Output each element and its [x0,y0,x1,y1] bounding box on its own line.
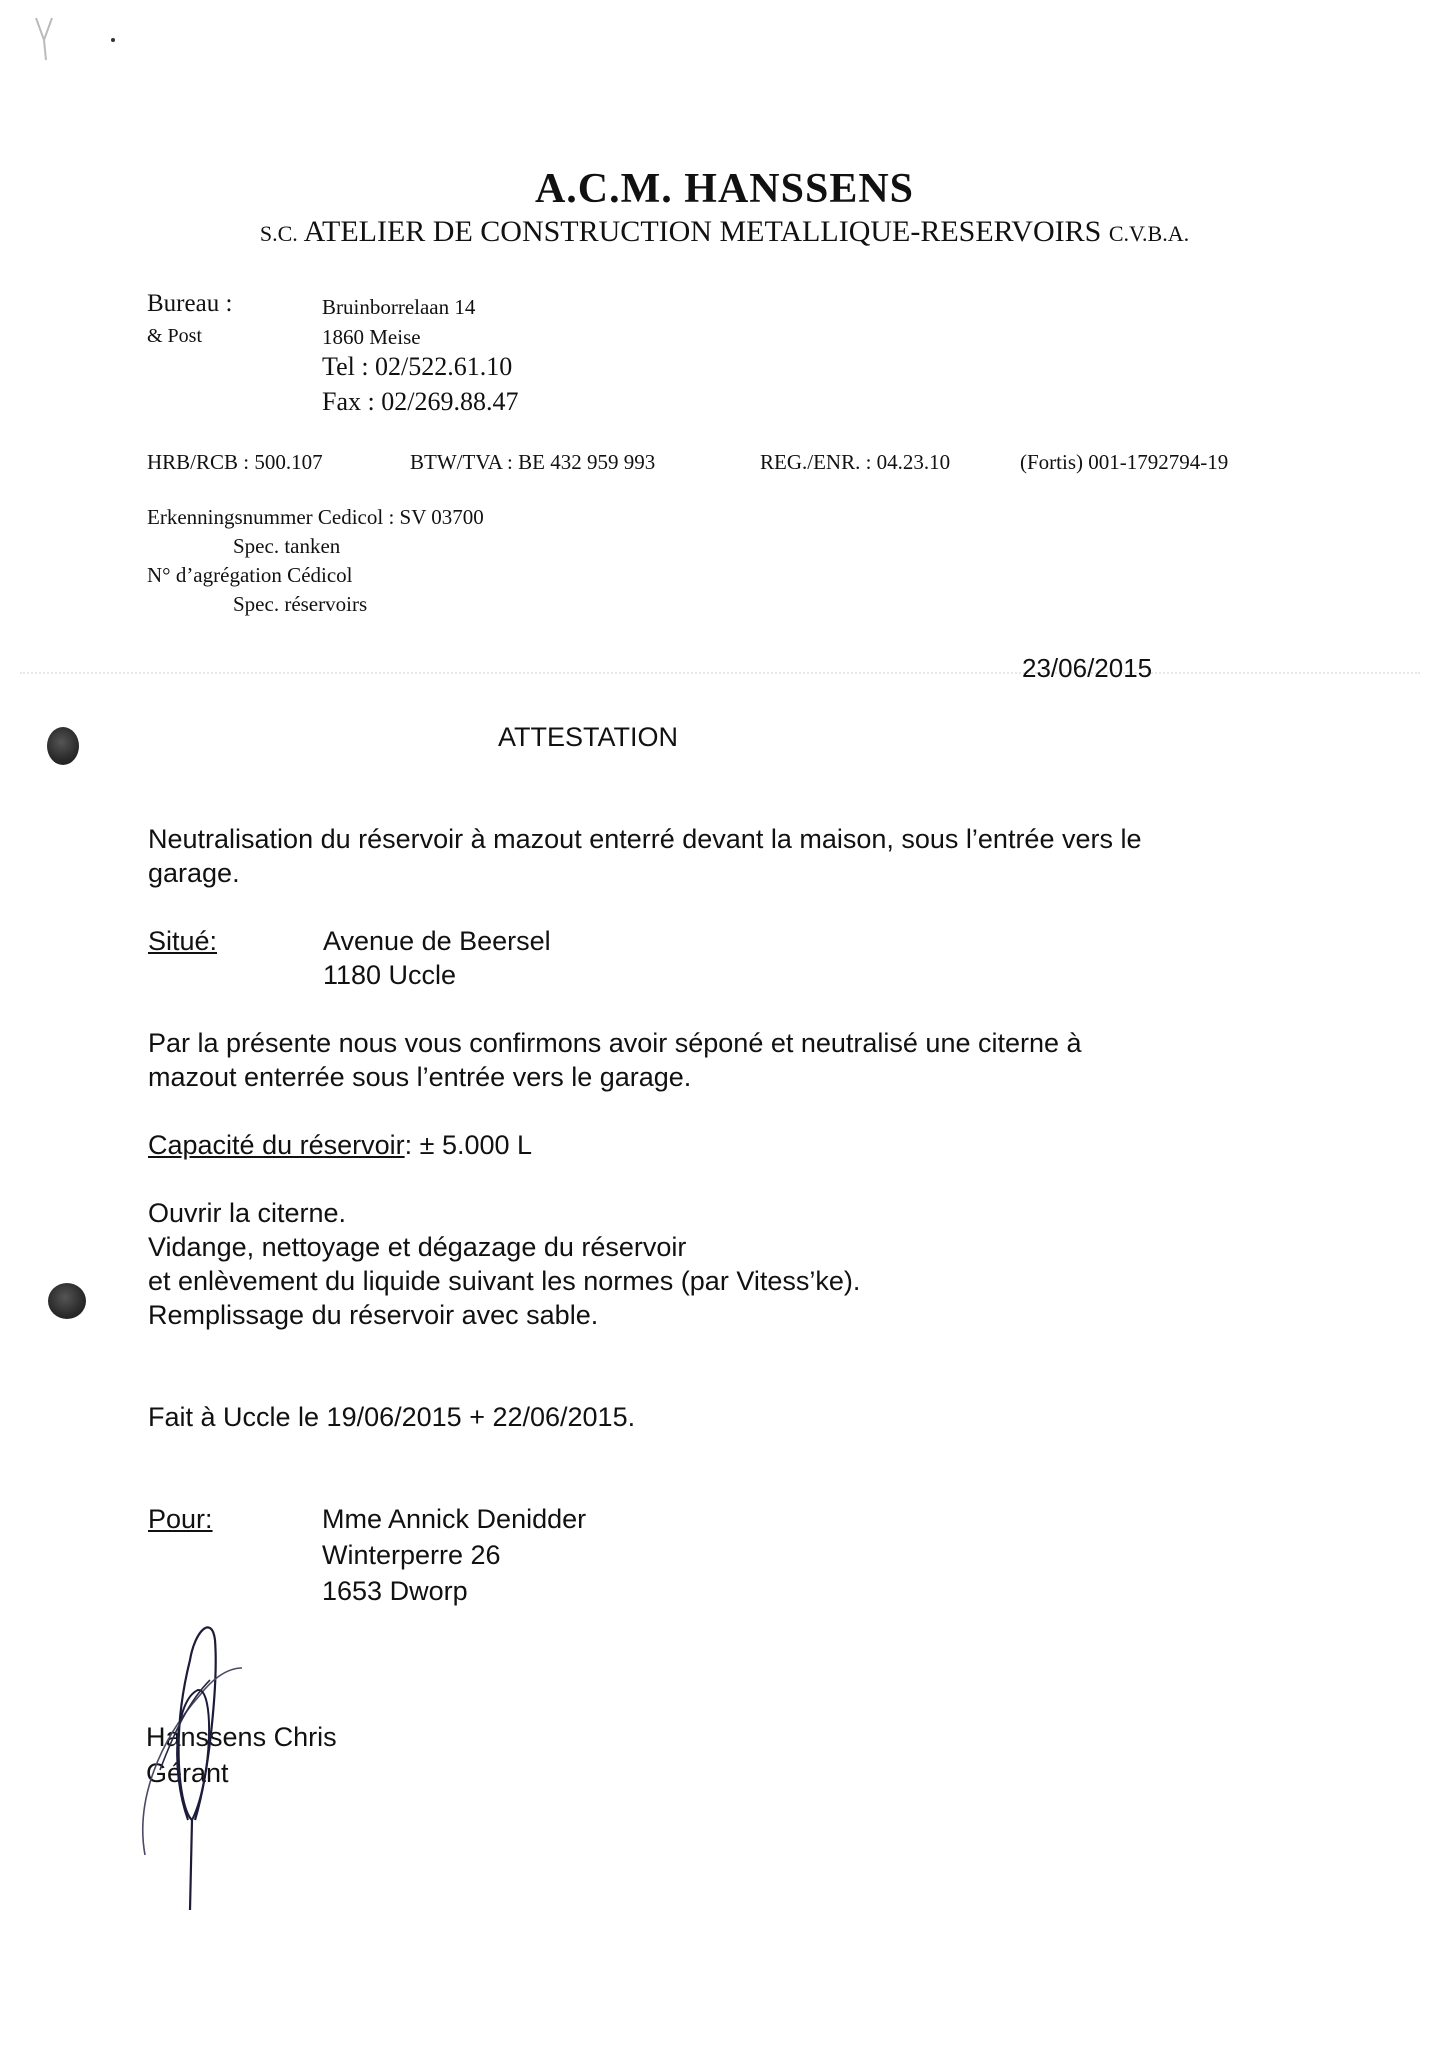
bureau-label: Bureau : [147,290,232,318]
bank-account: (Fortis) 001-1792794-19 [1020,450,1228,475]
cedicol-nl-spec: Spec. tanken [233,534,340,559]
recipient-city: 1653 Dworp [322,1576,468,1607]
company-subtitle: S.C. ATELIER DE CONSTRUCTION METALLIQUE-… [0,215,1449,249]
punch-hole [47,727,79,765]
subtitle-suffix: C.V.B.A. [1109,221,1189,246]
recipient-street: Winterperre 26 [322,1540,501,1571]
vat-number: BTW/TVA : BE 432 959 993 [410,450,655,475]
phone-number: Tel : 02/522.61.10 [322,352,512,382]
confirm-line: Par la présente nous vous confirmons avo… [148,1028,1082,1059]
location-label: Situé: [148,926,217,957]
scan-speck-mark [0,0,200,100]
step-item: Remplissage du réservoir avec sable. [148,1300,598,1331]
for-label: Pour: [148,1504,213,1535]
registration-number: REG./ENR. : 04.23.10 [760,450,950,475]
step-item: Vidange, nettoyage et dégazage du réserv… [148,1232,686,1263]
signature-icon [120,1620,400,1940]
capacity-value: : ± 5.000 L [405,1130,532,1160]
cedicol-nl: Erkenningsnummer Cedicol : SV 03700 [147,505,484,530]
location-city: 1180 Uccle [323,960,456,991]
company-name: A.C.M. HANSSENS [0,165,1449,213]
intro-line: garage. [148,858,240,889]
document-date: 23/06/2015 [1022,653,1152,684]
recipient-name: Mme Annick Denidder [322,1504,586,1535]
cedicol-fr-spec: Spec. réservoirs [233,592,367,617]
address-city: 1860 Meise [322,325,421,350]
scan-noise-line [20,672,1420,675]
address-street: Bruinborrelaan 14 [322,295,475,320]
done-at: Fait à Uccle le 19/06/2015 + 22/06/2015. [148,1402,635,1433]
location-street: Avenue de Beersel [323,926,551,957]
confirm-line: mazout enterrée sous l’entrée vers le ga… [148,1062,691,1093]
subtitle-main: ATELIER DE CONSTRUCTION METALLIQUE-RESER… [304,215,1102,248]
capacity-label: Capacité du réservoir [148,1130,405,1160]
step-item: Ouvrir la citerne. [148,1198,346,1229]
step-item: et enlèvement du liquide suivant les nor… [148,1266,860,1297]
subtitle-prefix: S.C. [260,221,298,246]
post-label: & Post [147,325,202,348]
fax-number: Fax : 02/269.88.47 [322,387,518,417]
intro-line: Neutralisation du réservoir à mazout ent… [148,824,1142,855]
hrb-number: HRB/RCB : 500.107 [147,450,323,475]
punch-hole [48,1283,86,1319]
cedicol-fr: N° d’agrégation Cédicol [147,563,353,588]
capacity: Capacité du réservoir: ± 5.000 L [148,1130,532,1161]
document-title: ATTESTATION [498,722,678,753]
